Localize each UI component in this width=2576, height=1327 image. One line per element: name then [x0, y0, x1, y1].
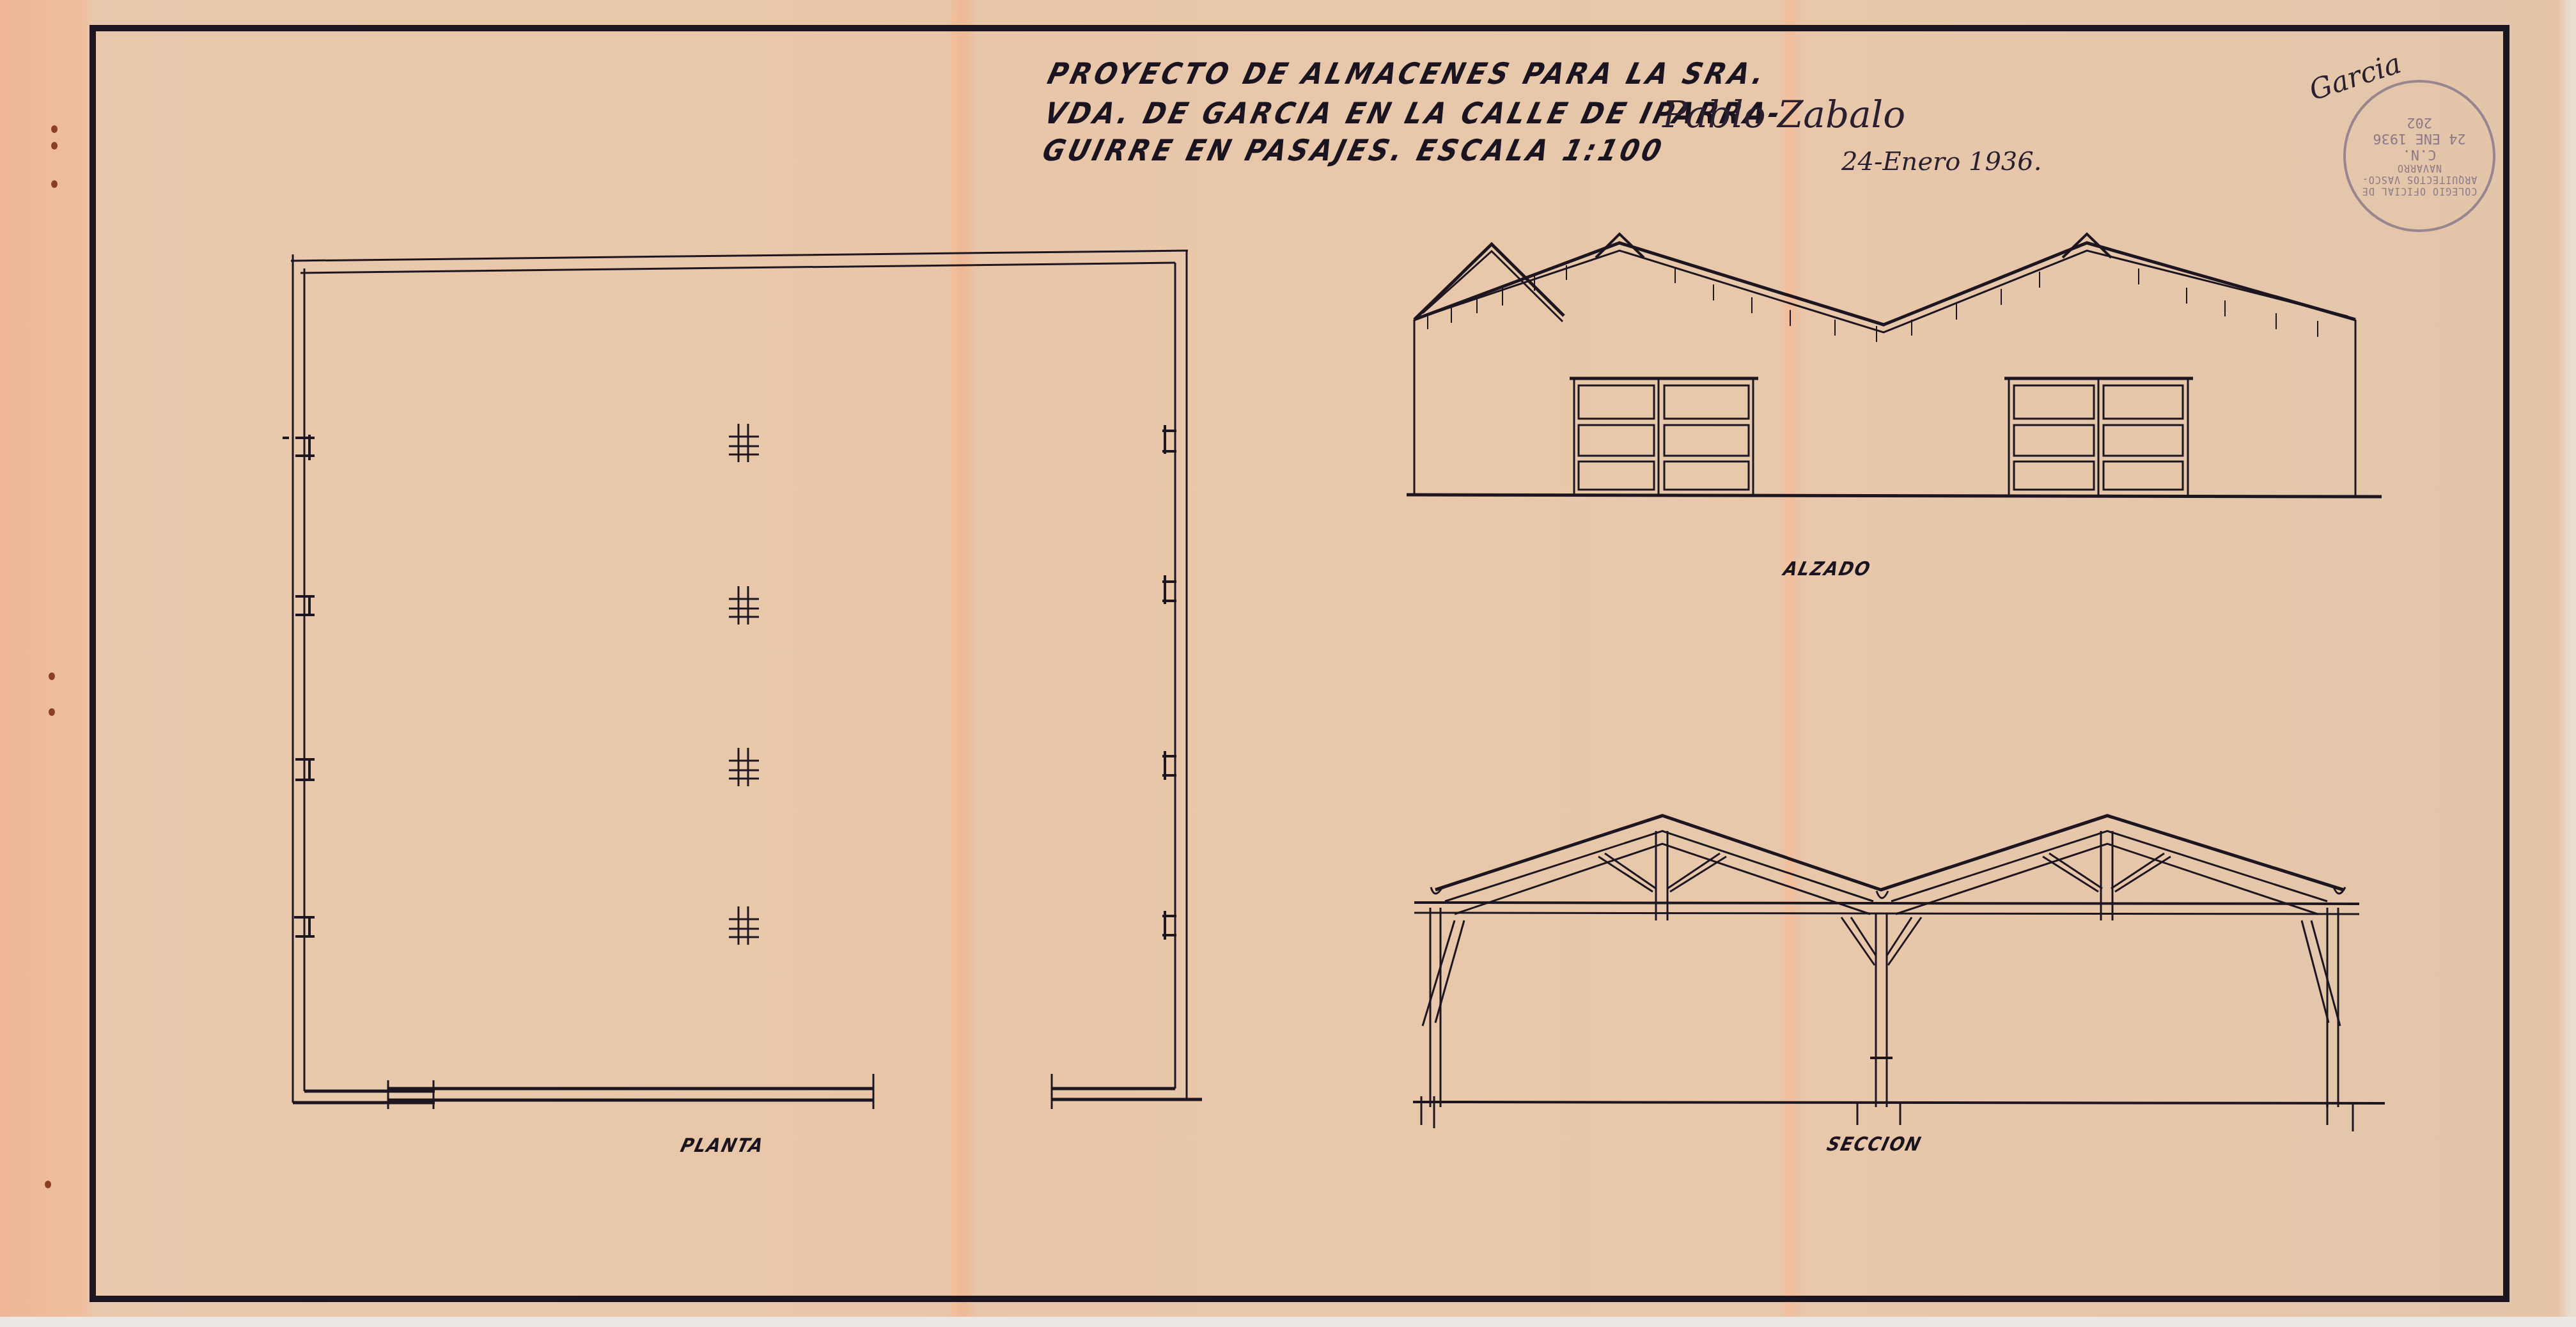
elevation-door-1 — [1570, 378, 1758, 495]
sheet-border — [93, 28, 2506, 1299]
elevation-door-2 — [2004, 378, 2193, 495]
floor-plan — [283, 251, 1202, 1109]
stamp-ring-text: COLEGIO OFICIAL DE ARQUITECTOS VASCO-NAV… — [2359, 163, 2480, 198]
elevation-label: ALZADO — [1781, 558, 1874, 580]
title-line-1: PROYECTO DE ALMACENES PARA LA SRA. — [1044, 56, 1770, 91]
stamp-number: 202 — [2407, 115, 2432, 131]
section-view — [1413, 815, 2385, 1131]
stamp-mark: C.N. — [2403, 147, 2437, 163]
section-label: SECCION — [1825, 1133, 1924, 1156]
title-line-3: GUIRRE EN PASAJES. ESCALA 1:100 — [1039, 133, 1668, 167]
official-stamp: COLEGIO OFICIAL DE ARQUITECTOS VASCO-NAV… — [2343, 80, 2495, 232]
signature-date: 24-Enero 1936. — [1841, 147, 2041, 176]
technical-drawing — [0, 0, 2576, 1327]
drawing-sheet: PROYECTO DE ALMACENES PARA LA SRA. VDA. … — [0, 0, 2576, 1327]
elevation-view — [1407, 234, 2382, 497]
plan-label: PLANTA — [678, 1135, 767, 1157]
plan-columns — [729, 424, 759, 945]
stamp-date: 24 ENE 1936 — [2373, 131, 2466, 147]
architect-signature: Pablo Zabalo — [1662, 93, 1905, 136]
